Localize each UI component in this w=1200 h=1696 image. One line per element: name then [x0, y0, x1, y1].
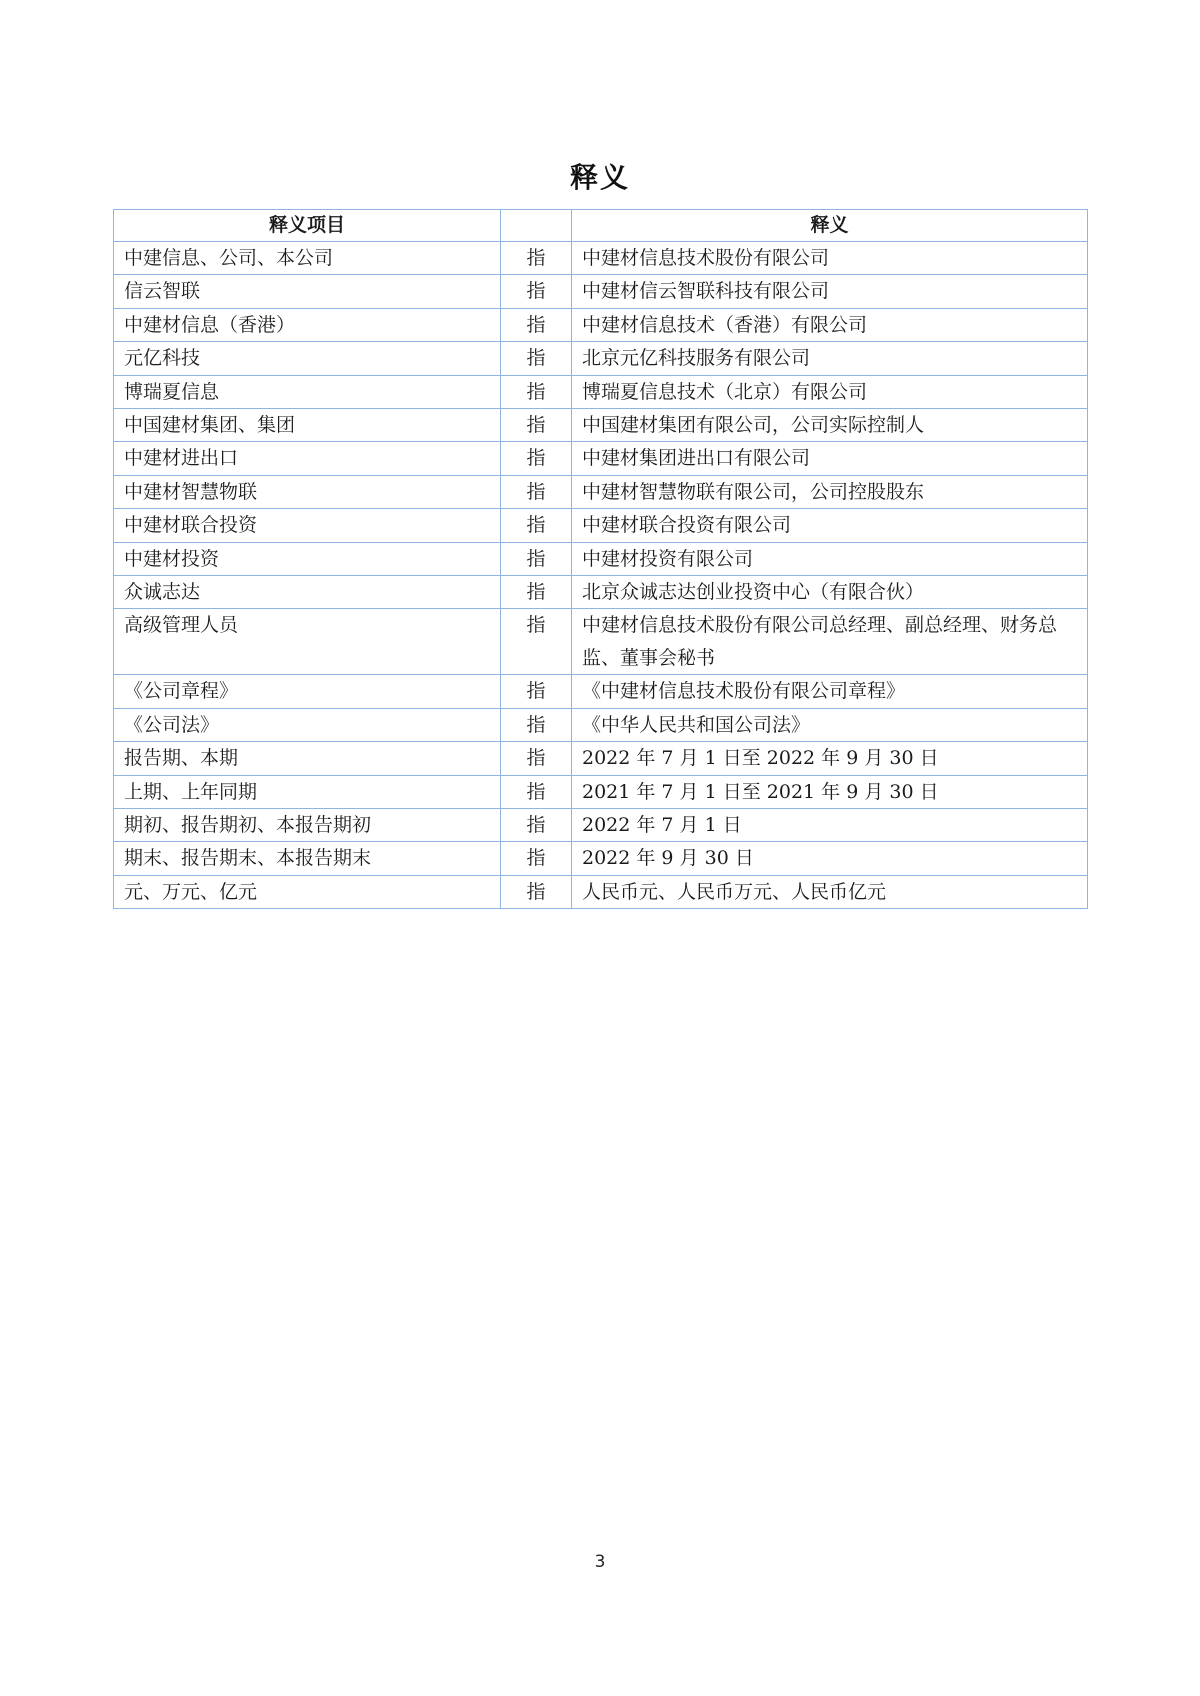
header-refers [501, 210, 572, 242]
term-cell: 报告期、本期 [114, 742, 501, 775]
meaning-cell: 中建材信云智联科技有限公司 [572, 275, 1088, 308]
meaning-cell: 中建材联合投资有限公司 [572, 509, 1088, 542]
term-cell: 中建信息、公司、本公司 [114, 242, 501, 275]
refers-cell: 指 [501, 842, 572, 875]
page-number: 3 [0, 1550, 1200, 1574]
meaning-cell: 《中华人民共和国公司法》 [572, 708, 1088, 741]
term-cell: 中建材联合投资 [114, 509, 501, 542]
refers-cell: 指 [501, 708, 572, 741]
page-title: 释义 [0, 158, 1200, 198]
table-row: 高级管理人员 指 中建材信息技术股份有限公司总经理、副总经理、财务总监、董事会秘… [114, 609, 1088, 675]
refers-cell: 指 [501, 542, 572, 575]
meaning-cell: 2022 年 7 月 1 日 [572, 808, 1088, 841]
table-row: 中建材信息（香港） 指 中建材信息技术（香港）有限公司 [114, 308, 1088, 341]
table-header-row: 释义项目 释义 [114, 210, 1088, 242]
refers-cell: 指 [501, 675, 572, 708]
term-cell: 期末、报告期末、本报告期末 [114, 842, 501, 875]
refers-cell: 指 [501, 475, 572, 508]
table-row: 信云智联 指 中建材信云智联科技有限公司 [114, 275, 1088, 308]
table-row: 期初、报告期初、本报告期初 指 2022 年 7 月 1 日 [114, 808, 1088, 841]
table-row: 中建信息、公司、本公司 指 中建材信息技术股份有限公司 [114, 242, 1088, 275]
refers-cell: 指 [501, 342, 572, 375]
table-row: 元亿科技 指 北京元亿科技服务有限公司 [114, 342, 1088, 375]
term-cell: 中建材信息（香港） [114, 308, 501, 341]
refers-cell: 指 [501, 275, 572, 308]
table-row: 博瑞夏信息 指 博瑞夏信息技术（北京）有限公司 [114, 375, 1088, 408]
table-row: 期末、报告期末、本报告期末 指 2022 年 9 月 30 日 [114, 842, 1088, 875]
meaning-cell: 2022 年 7 月 1 日至 2022 年 9 月 30 日 [572, 742, 1088, 775]
term-cell: 元、万元、亿元 [114, 875, 501, 908]
table-row: 元、万元、亿元 指 人民币元、人民币万元、人民币亿元 [114, 875, 1088, 908]
table-row: 中建材联合投资 指 中建材联合投资有限公司 [114, 509, 1088, 542]
refers-cell: 指 [501, 242, 572, 275]
table-row: 众诚志达 指 北京众诚志达创业投资中心（有限合伙） [114, 576, 1088, 609]
refers-cell: 指 [501, 409, 572, 442]
term-cell: 博瑞夏信息 [114, 375, 501, 408]
term-cell: 高级管理人员 [114, 609, 501, 675]
meaning-cell: 中建材信息技术（香港）有限公司 [572, 308, 1088, 341]
meaning-cell: 人民币元、人民币万元、人民币亿元 [572, 875, 1088, 908]
table-row: 《公司法》 指 《中华人民共和国公司法》 [114, 708, 1088, 741]
term-cell: 中建材投资 [114, 542, 501, 575]
meaning-cell: 《中建材信息技术股份有限公司章程》 [572, 675, 1088, 708]
term-cell: 信云智联 [114, 275, 501, 308]
header-meaning: 释义 [572, 210, 1088, 242]
meaning-cell: 2022 年 9 月 30 日 [572, 842, 1088, 875]
refers-cell: 指 [501, 609, 572, 675]
term-cell: 上期、上年同期 [114, 775, 501, 808]
table-row: 中国建材集团、集团 指 中国建材集团有限公司，公司实际控制人 [114, 409, 1088, 442]
meaning-cell: 中建材智慧物联有限公司，公司控股股东 [572, 475, 1088, 508]
term-cell: 元亿科技 [114, 342, 501, 375]
term-cell: 《公司法》 [114, 708, 501, 741]
meaning-cell: 中国建材集团有限公司，公司实际控制人 [572, 409, 1088, 442]
term-cell: 中国建材集团、集团 [114, 409, 501, 442]
meaning-cell: 北京元亿科技服务有限公司 [572, 342, 1088, 375]
refers-cell: 指 [501, 509, 572, 542]
term-cell: 中建材智慧物联 [114, 475, 501, 508]
table-row: 报告期、本期 指 2022 年 7 月 1 日至 2022 年 9 月 30 日 [114, 742, 1088, 775]
term-cell: 《公司章程》 [114, 675, 501, 708]
refers-cell: 指 [501, 775, 572, 808]
table-row: 中建材进出口 指 中建材集团进出口有限公司 [114, 442, 1088, 475]
table-row: 中建材智慧物联 指 中建材智慧物联有限公司，公司控股股东 [114, 475, 1088, 508]
definitions-table: 释义项目 释义 中建信息、公司、本公司 指 中建材信息技术股份有限公司 信云智联… [113, 209, 1088, 909]
refers-cell: 指 [501, 308, 572, 341]
meaning-cell: 北京众诚志达创业投资中心（有限合伙） [572, 576, 1088, 609]
meaning-cell: 中建材投资有限公司 [572, 542, 1088, 575]
refers-cell: 指 [501, 875, 572, 908]
header-term: 释义项目 [114, 210, 501, 242]
refers-cell: 指 [501, 808, 572, 841]
term-cell: 众诚志达 [114, 576, 501, 609]
refers-cell: 指 [501, 576, 572, 609]
refers-cell: 指 [501, 742, 572, 775]
refers-cell: 指 [501, 375, 572, 408]
meaning-cell: 中建材集团进出口有限公司 [572, 442, 1088, 475]
term-cell: 期初、报告期初、本报告期初 [114, 808, 501, 841]
table-row: 《公司章程》 指 《中建材信息技术股份有限公司章程》 [114, 675, 1088, 708]
meaning-cell: 中建材信息技术股份有限公司总经理、副总经理、财务总监、董事会秘书 [572, 609, 1088, 675]
meaning-cell: 2021 年 7 月 1 日至 2021 年 9 月 30 日 [572, 775, 1088, 808]
refers-cell: 指 [501, 442, 572, 475]
meaning-cell: 博瑞夏信息技术（北京）有限公司 [572, 375, 1088, 408]
meaning-cell: 中建材信息技术股份有限公司 [572, 242, 1088, 275]
term-cell: 中建材进出口 [114, 442, 501, 475]
table-row: 上期、上年同期 指 2021 年 7 月 1 日至 2021 年 9 月 30 … [114, 775, 1088, 808]
table-row: 中建材投资 指 中建材投资有限公司 [114, 542, 1088, 575]
